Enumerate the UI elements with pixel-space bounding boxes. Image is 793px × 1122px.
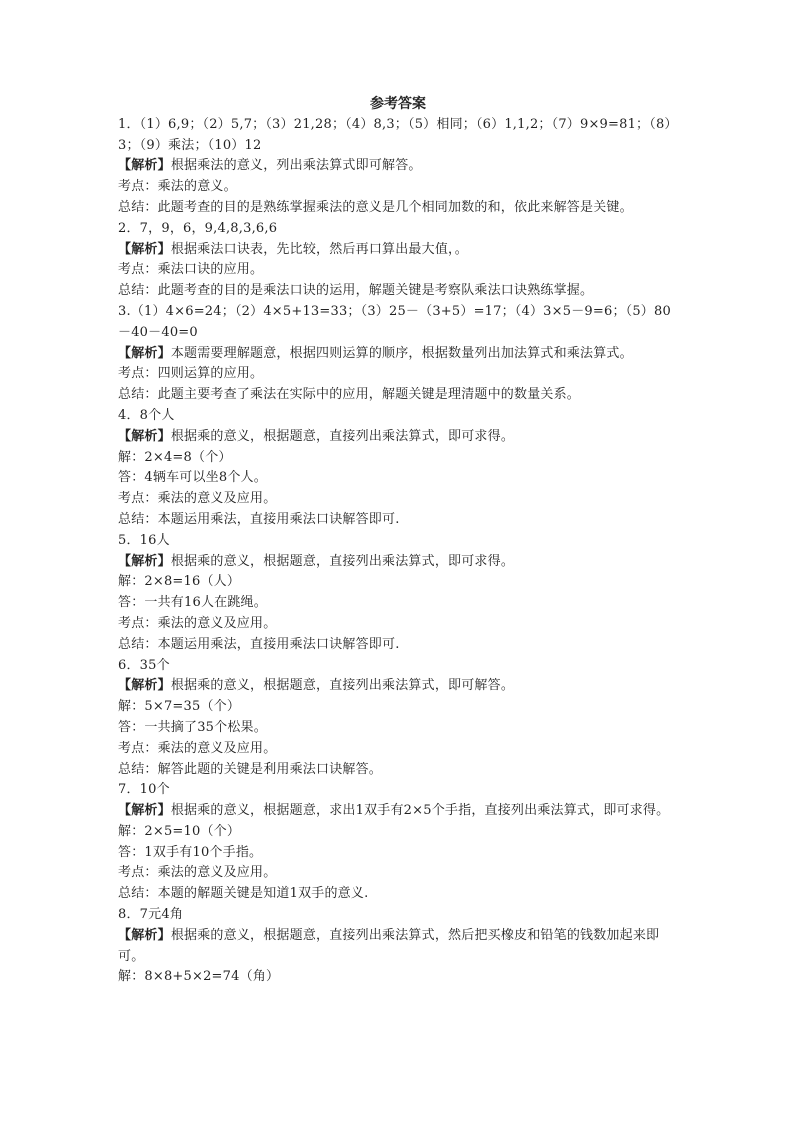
summary-line: 总结：本题的解题关键是知道1双手的意义. <box>118 884 678 905</box>
analysis-line: 【解析】根据乘法的意义，列出乘法算式即可解答。 <box>118 156 678 177</box>
analysis-line: 【解析】根据乘的意义，根据题意，直接列出乘法算式，然后把买橡皮和铅笔的钱数加起来… <box>118 926 678 968</box>
summary-line: 总结：此题主要考查了乘法在实际中的应用，解题关键是理清题中的数量关系。 <box>118 385 678 406</box>
question-block-5: 5．16人 【解析】根据乘的意义，根据题意，直接列出乘法算式，即可求得。 解：2… <box>118 531 678 656</box>
solution-line: 解：2×8=16（人） <box>118 572 678 593</box>
analysis-line: 【解析】根据乘的意义，根据题意，直接列出乘法算式，即可求得。 <box>118 552 678 573</box>
summary-line: 总结：本题运用乘法，直接用乘法口诀解答即可. <box>118 510 678 531</box>
point-line: 考点：乘法的意义及应用。 <box>118 614 678 635</box>
point-line: 考点：乘法的意义及应用。 <box>118 739 678 760</box>
analysis-label: 【解析】 <box>118 803 171 818</box>
analysis-label: 【解析】 <box>118 678 171 693</box>
point-line: 考点：乘法的意义及应用。 <box>118 863 678 884</box>
analysis-label: 【解析】 <box>118 429 171 444</box>
question-block-8: 8．7元4角 【解析】根据乘的意义，根据题意，直接列出乘法算式，然后把买橡皮和铅… <box>118 905 678 988</box>
question-block-4: 4．8个人 【解析】根据乘的意义，根据题意，直接列出乘法算式，即可求得。 解：2… <box>118 406 678 531</box>
analysis-line: 【解析】本题需要理解题意，根据四则运算的顺序，根据数量列出加法算式和乘法算式。 <box>118 344 678 365</box>
analysis-text: 根据乘的意义，根据题意，直接列出乘法算式，然后把买橡皮和铅笔的钱数加起来即可。 <box>118 928 659 964</box>
answer-line: 3.（1）4×6=24；（2）4×5+13=33；（3）25－（3+5）=17；… <box>118 302 678 344</box>
summary-line: 总结：本题运用乘法，直接用乘法口诀解答即可. <box>118 635 678 656</box>
answer-line: 6．35个 <box>118 656 678 677</box>
analysis-text: 根据乘法的意义，列出乘法算式即可解答。 <box>171 158 422 173</box>
answer-line: 5．16人 <box>118 531 678 552</box>
analysis-text: 根据乘的意义，根据题意，直接列出乘法算式，即可求得。 <box>171 554 514 569</box>
point-line: 考点：乘法的意义及应用。 <box>118 489 678 510</box>
analysis-label: 【解析】 <box>118 346 171 361</box>
analysis-line: 【解析】根据乘法口诀表，先比较，然后再口算出最大值，。 <box>118 240 678 261</box>
answer-document: 参考答案 1．（1）6,9；（2）5,7；（3）21,28；（4）8,3；（5）… <box>118 94 678 988</box>
solution-line: 解：5×7=35（个） <box>118 697 678 718</box>
point-line: 考点：乘法口诀的应用。 <box>118 260 678 281</box>
analysis-text: 本题需要理解题意，根据四则运算的顺序，根据数量列出加法算式和乘法算式。 <box>171 346 633 361</box>
analysis-text: 根据乘法口诀表，先比较，然后再口算出最大值，。 <box>171 242 468 257</box>
summary-line: 总结：解答此题的关键是利用乘法口诀解答。 <box>118 760 678 781</box>
question-block-7: 7．10个 【解析】根据乘的意义，根据题意，求出1双手有2×5个手指，直接列出乘… <box>118 780 678 905</box>
analysis-label: 【解析】 <box>118 158 171 173</box>
question-block-1: 1．（1）6,9；（2）5,7；（3）21,28；（4）8,3；（5）相同；（6… <box>118 115 678 219</box>
question-block-2: 2．7，9，6，9,4,8,3,6,6 【解析】根据乘法口诀表，先比较，然后再口… <box>118 219 678 302</box>
answer-line: 8．7元4角 <box>118 905 678 926</box>
question-block-6: 6．35个 【解析】根据乘的意义，根据题意，直接列出乘法算式，即可解答。 解：5… <box>118 656 678 781</box>
solution-line: 解：2×4=8（个） <box>118 448 678 469</box>
analysis-text: 根据乘的意义，根据题意，直接列出乘法算式，即可求得。 <box>171 429 514 444</box>
answer-line: 4．8个人 <box>118 406 678 427</box>
reply-line: 答：一共摘了35个松果。 <box>118 718 678 739</box>
summary-line: 总结：此题考查的目的是乘法口诀的运用，解题关键是考察队乘法口诀熟练掌握。 <box>118 281 678 302</box>
analysis-label: 【解析】 <box>118 928 171 943</box>
reply-line: 答：一共有16人在跳绳。 <box>118 593 678 614</box>
point-line: 考点：乘法的意义。 <box>118 177 678 198</box>
analysis-line: 【解析】根据乘的意义，根据题意，直接列出乘法算式，即可解答。 <box>118 676 678 697</box>
answer-line: 2．7，9，6，9,4,8,3,6,6 <box>118 219 678 240</box>
question-block-3: 3.（1）4×6=24；（2）4×5+13=33；（3）25－（3+5）=17；… <box>118 302 678 406</box>
analysis-text: 根据乘的意义，根据题意，求出1双手有2×5个手指，直接列出乘法算式，即可求得。 <box>171 803 670 818</box>
analysis-label: 【解析】 <box>118 554 171 569</box>
point-line: 考点：四则运算的应用。 <box>118 364 678 385</box>
answer-line: 7．10个 <box>118 780 678 801</box>
reply-line: 答：4辆车可以坐8个人。 <box>118 468 678 489</box>
analysis-line: 【解析】根据乘的意义，根据题意，直接列出乘法算式，即可求得。 <box>118 427 678 448</box>
solution-line: 解：2×5=10（个） <box>118 822 678 843</box>
summary-line: 总结：此题考查的目的是熟练掌握乘法的意义是几个相同加数的和，依此来解答是关键。 <box>118 198 678 219</box>
analysis-line: 【解析】根据乘的意义，根据题意，求出1双手有2×5个手指，直接列出乘法算式，即可… <box>118 801 678 822</box>
document-title: 参考答案 <box>118 94 678 115</box>
answer-line: 1．（1）6,9；（2）5,7；（3）21,28；（4）8,3；（5）相同；（6… <box>118 115 678 157</box>
analysis-text: 根据乘的意义，根据题意，直接列出乘法算式，即可解答。 <box>171 678 514 693</box>
analysis-label: 【解析】 <box>118 242 171 257</box>
solution-line: 解：8×8+5×2=74（角） <box>118 967 678 988</box>
reply-line: 答：1双手有10个手指。 <box>118 843 678 864</box>
